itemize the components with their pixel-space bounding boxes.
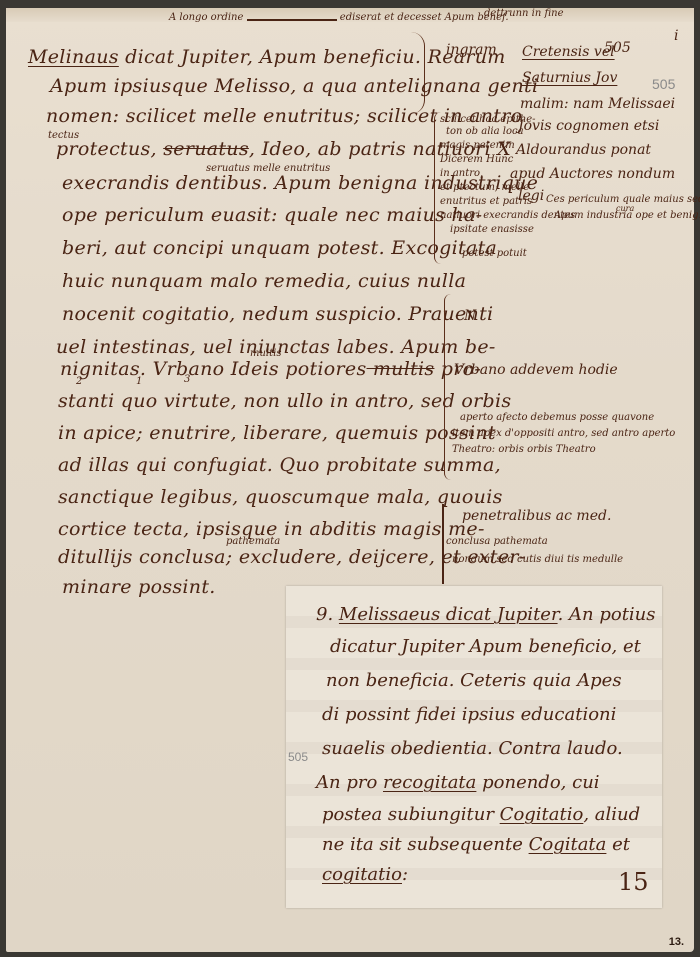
main-line-2: Apum ipsiusque Melisso, a qua antelignan… [50, 75, 538, 97]
top-note-right: dettrunn in fine [484, 8, 563, 19]
margin-saturnius: Saturnius Jov [522, 70, 617, 86]
slip-line-2: dicatur Jupiter Apum beneficio, et [330, 636, 641, 657]
slip-line-7: postea subiungitur Cogitatio, aliud [322, 804, 640, 825]
line-text: protectus, [56, 138, 163, 160]
line-text: ne ita sit subsequente [322, 834, 529, 855]
underlined-word: Melinaus [28, 46, 119, 68]
slip-number: 15 [618, 868, 649, 896]
underlined-word: cogitatio [322, 864, 402, 885]
margin-aldourandus: Aldourandus ponat [516, 142, 651, 158]
insertion-mark [442, 504, 444, 584]
top-bracket [396, 32, 425, 114]
margin-cretensis: Cretensis vel [522, 44, 615, 60]
pasted-slip: 9. Melissaeus dicat Jupiter. An potius d… [286, 586, 662, 908]
margin-apud: apud Auctores nondum [510, 166, 675, 182]
margin-aperto-1: aperto afecto debemus posse quavone [460, 412, 654, 423]
line-text: ponendo, cui [476, 772, 599, 793]
manuscript-page: A longo ordine ediserat et decesset Apum… [6, 8, 694, 952]
underlined-word: Cogitatio [500, 804, 584, 825]
top-note-deletion [247, 14, 337, 21]
main-line-1: Melinaus dicat Jupiter, Apum beneficiu. … [28, 46, 506, 68]
interlinear-num1: 1 [136, 376, 142, 387]
slip-line-3: non beneficia. Ceteris quia Apes [326, 670, 622, 691]
line-text: dicat Jupiter, Apum beneficiu. Rearum [119, 46, 506, 68]
margin-ces-note2: Apum industria ope et benig. [554, 210, 700, 221]
line-text: et [606, 834, 630, 855]
slip-line-6: An pro recogitata ponendo, cui [316, 772, 600, 793]
margin-jovis: Jovis cognomen etsi [518, 118, 659, 134]
main-line-8: huic nunquam malo remedia, cuius nulla [62, 270, 466, 292]
line-text: . An potius [558, 604, 656, 625]
main-line-11: nignitas. Vrbano Ideis potiores multis p… [60, 358, 481, 380]
small-note-line: enutritus et patris [440, 196, 532, 207]
main-line-14: ad illas qui confugiat. Quo probitate su… [58, 454, 501, 476]
small-note-line: ton ob alia loca [446, 126, 524, 137]
struck-word: seruatus [163, 138, 249, 160]
margin-potest: potest potuit [462, 248, 527, 259]
margin-penetralibus: penetralibus ac med. [462, 508, 611, 524]
main-line-13: in apice; enutrire, liberare, quemuis po… [58, 422, 496, 444]
main-line-7: beri, aut concipi unquam potest. Excogit… [62, 237, 497, 259]
line-text: : [402, 864, 408, 885]
margin-mark-n: N [464, 308, 476, 324]
underlined-word: Cogitata [529, 834, 607, 855]
small-note-line: Dicerem Hunc [440, 154, 513, 165]
main-line-18: minare possint. [62, 576, 216, 598]
slip-item-number: 9. [316, 604, 333, 625]
underlined-phrase: Melissaeus dicat Jupiter [339, 604, 558, 625]
small-note-line: magis petenim [440, 140, 515, 151]
slip-folio-pencil: 505 [288, 750, 308, 764]
slip-line-1: 9. Melissaeus dicat Jupiter. An potius [316, 604, 656, 625]
underlined-word: recogitata [383, 772, 476, 793]
top-note-text: A longo ordine [169, 12, 243, 23]
small-note-line: et ptectum; melle [440, 182, 529, 193]
margin-aperto-2: item apex d'oppositi antro, sed antro ap… [452, 428, 675, 439]
line-text: postea subiungitur [322, 804, 500, 825]
small-note-line: in antro, [440, 168, 483, 179]
folio-corner: i [674, 28, 678, 44]
struck-word: multis [367, 358, 435, 380]
main-line-6: ope periculum euasit: quale nec maius ha… [62, 204, 482, 226]
line-text: nignitas. Vrbano Ideis potiores [60, 358, 367, 380]
middle-bracket [444, 294, 451, 480]
interlinear-num2: 2 [76, 376, 82, 387]
margin-conclusa: conclusa pathemata [446, 536, 548, 547]
interlinear-num3: 3 [184, 374, 190, 385]
line-text: , aliud [583, 804, 640, 825]
slip-line-9: cogitatio: [322, 864, 408, 885]
folio-pencil: 505 [652, 76, 675, 92]
slip-line-8: ne ita sit subsequente Cogitata et [322, 834, 630, 855]
margin-malim: malim: nam Melissaei [520, 96, 675, 112]
small-note-line: scilicet hoc epithe- [440, 114, 536, 125]
top-note: A longo ordine ediserat et decesset Apum… [169, 12, 509, 23]
page-number-bottom: 13. [669, 936, 684, 948]
main-line-9: nocenit cogitatio, nedum suspicio. Praue… [62, 303, 493, 325]
margin-nondum: nondum sed cutis diui tis medulle [452, 554, 623, 565]
slip-line-4: di possint fidei ipsius educationi [322, 704, 616, 725]
small-note-line: ipsitate enasisse [450, 224, 534, 235]
slip-line-5: suaelis obedientia. Contra laudo. [322, 738, 623, 759]
margin-urbano: Vrbano addevem hodie [454, 362, 618, 378]
line-text: An pro [316, 772, 383, 793]
main-line-15: sanctique legibus, quoscumque mala, quou… [58, 486, 503, 508]
margin-aperto-3: Theatro: orbis orbis Theatro [452, 444, 596, 455]
